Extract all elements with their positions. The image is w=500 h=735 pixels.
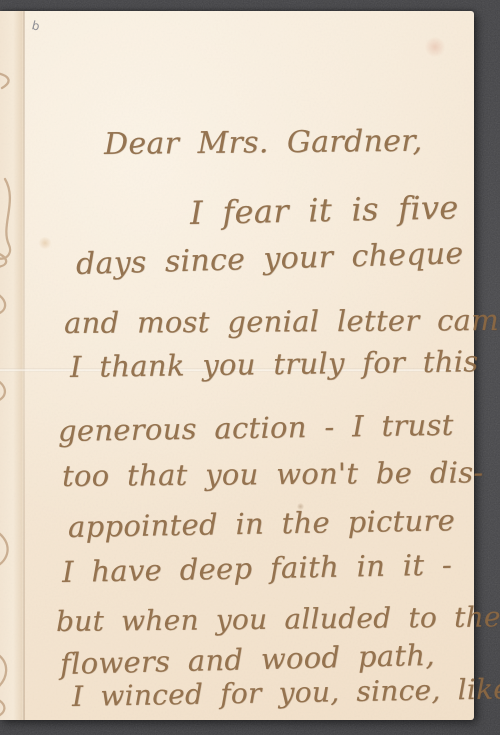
letter-page: b Dear Mrs. Gardner, I fear it is five d… bbox=[0, 11, 474, 720]
letter-line: I fear it is five bbox=[190, 188, 459, 232]
paper-stain bbox=[424, 37, 446, 57]
letter-line: generous action - I trust bbox=[58, 408, 454, 448]
page-fold-strip bbox=[0, 11, 24, 720]
paper-stain bbox=[38, 237, 52, 249]
letter-line: too that you won't be dis- bbox=[62, 455, 484, 493]
letter-line: I have deep faith in it - bbox=[62, 548, 453, 589]
letter-photograph: b Dear Mrs. Gardner, I fear it is five d… bbox=[0, 0, 500, 735]
vertical-fold-crease bbox=[23, 11, 25, 720]
letter-line: I winced for you, since, like bbox=[72, 672, 500, 713]
letter-line: I thank you truly for this bbox=[70, 344, 479, 384]
letter-line: but when you alluded to the bbox=[56, 600, 500, 638]
letter-line: appointed in the picture bbox=[68, 503, 456, 544]
pencil-inscription: b bbox=[30, 18, 42, 34]
letter-line: days since your cheque bbox=[76, 236, 464, 282]
salutation: Dear Mrs. Gardner, bbox=[104, 124, 423, 162]
letter-line: and most genial letter came, bbox=[64, 303, 500, 340]
